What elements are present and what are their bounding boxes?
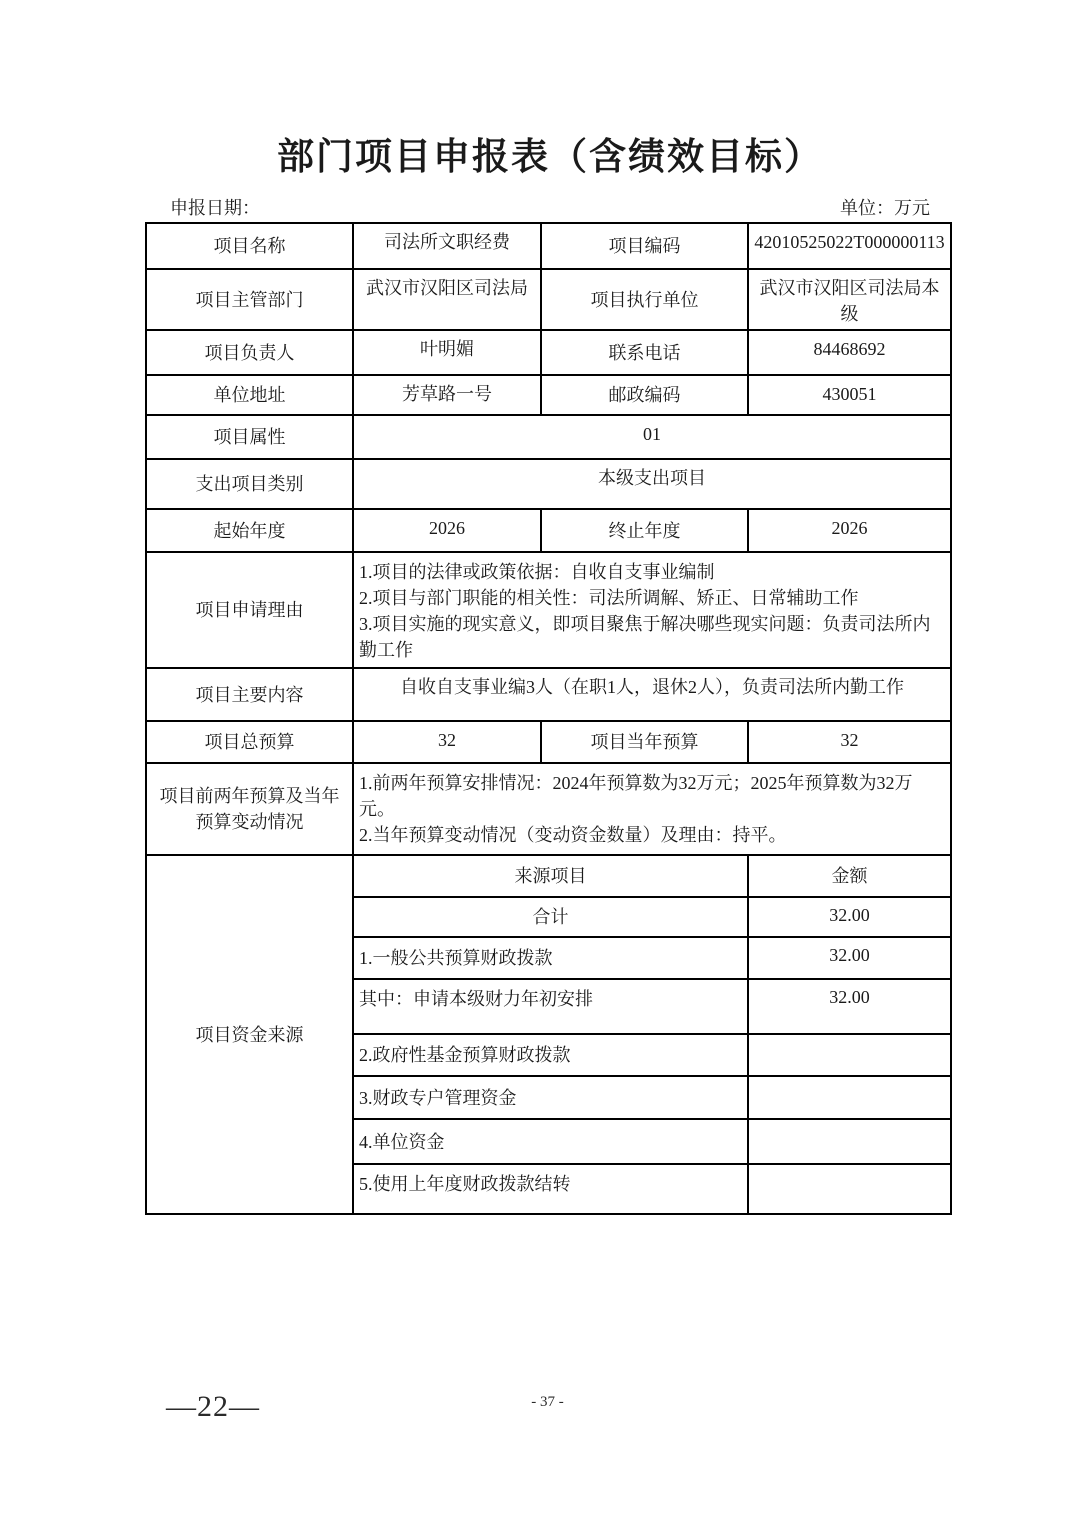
funding-row-label: 合计 bbox=[353, 897, 748, 937]
supervisor-dept-label: 项目主管部门 bbox=[146, 269, 353, 330]
row-budget-history: 项目前两年预算及当年预算变动情况 1.前两年预算安排情况：2024年预算数为32… bbox=[146, 763, 951, 855]
supervisor-dept-value: 武汉市汉阳区司法局 bbox=[353, 269, 541, 330]
postcode-value: 430051 bbox=[748, 375, 951, 415]
project-name-value: 司法所文职经费 bbox=[353, 223, 541, 269]
funding-row-amount bbox=[748, 1076, 951, 1119]
postcode-label: 邮政编码 bbox=[541, 375, 748, 415]
row-years: 起始年度 2026 终止年度 2026 bbox=[146, 509, 951, 552]
row-apply-reason: 项目申请理由 1.项目的法律或政策依据：自收自支事业编制 2.项目与部门职能的相… bbox=[146, 552, 951, 668]
apply-reason-line-2: 2.项目与部门职能的相关性：司法所调解、矫正、日常辅助工作 bbox=[359, 585, 946, 611]
apply-reason-label: 项目申请理由 bbox=[146, 552, 353, 668]
row-expense-type: 支出项目类别 本级支出项目 bbox=[146, 459, 951, 509]
total-budget-value: 32 bbox=[353, 721, 541, 763]
funding-row-label: 5.使用上年度财政拨款结转 bbox=[353, 1164, 748, 1214]
row-project-name: 项目名称 司法所文职经费 项目编码 42010525022T000000113 bbox=[146, 223, 951, 269]
attribute-value: 01 bbox=[353, 415, 951, 459]
leader-value: 叶明媚 bbox=[353, 330, 541, 375]
funding-row-amount: 32.00 bbox=[748, 979, 951, 1034]
funding-amount-header: 金额 bbox=[748, 855, 951, 897]
project-code-value: 42010525022T000000113 bbox=[748, 223, 951, 269]
project-name-label: 项目名称 bbox=[146, 223, 353, 269]
report-date-label: 申报日期： bbox=[170, 194, 260, 220]
apply-reason-line-1: 1.项目的法律或政策依据：自收自支事业编制 bbox=[359, 559, 946, 585]
start-year-value: 2026 bbox=[353, 509, 541, 552]
page-title: 部门项目申报表（含绩效目标） bbox=[145, 126, 955, 180]
funding-source-header: 来源项目 bbox=[353, 855, 748, 897]
meta-row: 申报日期： 单位：万元 bbox=[145, 194, 950, 220]
executing-unit-label: 项目执行单位 bbox=[541, 269, 748, 330]
funding-row-amount bbox=[748, 1164, 951, 1214]
address-label: 单位地址 bbox=[146, 375, 353, 415]
row-supervisor-dept: 项目主管部门 武汉市汉阳区司法局 项目执行单位 武汉市汉阳区司法局本级 bbox=[146, 269, 951, 330]
application-table: 项目名称 司法所文职经费 项目编码 42010525022T000000113 … bbox=[145, 222, 952, 1215]
funding-row-label: 1.一般公共预算财政拨款 bbox=[353, 937, 748, 979]
row-leader: 项目负责人 叶明媚 联系电话 84468692 bbox=[146, 330, 951, 375]
end-year-value: 2026 bbox=[748, 509, 951, 552]
main-content-label: 项目主要内容 bbox=[146, 668, 353, 721]
main-content-value: 自收自支事业编3人（在职1人，退休2人），负责司法所内勤工作 bbox=[353, 668, 951, 721]
funding-row-amount: 32.00 bbox=[748, 937, 951, 979]
unit-label: 单位：万元 bbox=[840, 194, 930, 220]
row-address: 单位地址 芳草路一号 邮政编码 430051 bbox=[146, 375, 951, 415]
budget-history-value: 1.前两年预算安排情况：2024年预算数为32万元；2025年预算数为32万元。… bbox=[353, 763, 951, 855]
budget-history-line-2: 2.当年预算变动情况（变动资金数量）及理由：持平。 bbox=[359, 822, 946, 848]
end-year-label: 终止年度 bbox=[541, 509, 748, 552]
funding-row-amount: 32.00 bbox=[748, 897, 951, 937]
project-code-label: 项目编码 bbox=[541, 223, 748, 269]
funding-row-label: 其中：申请本级财力年初安排 bbox=[353, 979, 748, 1034]
budget-history-label: 项目前两年预算及当年预算变动情况 bbox=[146, 763, 353, 855]
funding-section-label: 项目资金来源 bbox=[146, 855, 353, 1214]
funding-row-label: 3.财政专户管理资金 bbox=[353, 1076, 748, 1119]
phone-label: 联系电话 bbox=[541, 330, 748, 375]
address-value: 芳草路一号 bbox=[353, 375, 541, 415]
attribute-label: 项目属性 bbox=[146, 415, 353, 459]
executing-unit-value: 武汉市汉阳区司法局本级 bbox=[748, 269, 951, 330]
budget-history-line-1: 1.前两年预算安排情况：2024年预算数为32万元；2025年预算数为32万元。 bbox=[359, 770, 946, 822]
current-budget-label: 项目当年预算 bbox=[541, 721, 748, 763]
footer-page-number-center: - 37 - bbox=[145, 1394, 950, 1411]
current-budget-value: 32 bbox=[748, 721, 951, 763]
row-budget: 项目总预算 32 项目当年预算 32 bbox=[146, 721, 951, 763]
total-budget-label: 项目总预算 bbox=[146, 721, 353, 763]
leader-label: 项目负责人 bbox=[146, 330, 353, 375]
phone-value: 84468692 bbox=[748, 330, 951, 375]
funding-row-label: 4.单位资金 bbox=[353, 1119, 748, 1164]
row-attribute: 项目属性 01 bbox=[146, 415, 951, 459]
apply-reason-value: 1.项目的法律或政策依据：自收自支事业编制 2.项目与部门职能的相关性：司法所调… bbox=[353, 552, 951, 668]
funding-header-row: 项目资金来源 来源项目 金额 bbox=[146, 855, 951, 897]
start-year-label: 起始年度 bbox=[146, 509, 353, 552]
expense-type-label: 支出项目类别 bbox=[146, 459, 353, 509]
funding-row-amount bbox=[748, 1034, 951, 1076]
apply-reason-line-3: 3.项目实施的现实意义，即项目聚焦于解决哪些现实问题：负责司法所内勤工作 bbox=[359, 611, 946, 663]
row-main-content: 项目主要内容 自收自支事业编3人（在职1人，退休2人），负责司法所内勤工作 bbox=[146, 668, 951, 721]
document-page: 部门项目申报表（含绩效目标） 申报日期： 单位：万元 项目名称 司法所文职经费 … bbox=[0, 0, 1074, 1520]
funding-row-amount bbox=[748, 1119, 951, 1164]
funding-row-label: 2.政府性基金预算财政拨款 bbox=[353, 1034, 748, 1076]
expense-type-value: 本级支出项目 bbox=[353, 459, 951, 509]
